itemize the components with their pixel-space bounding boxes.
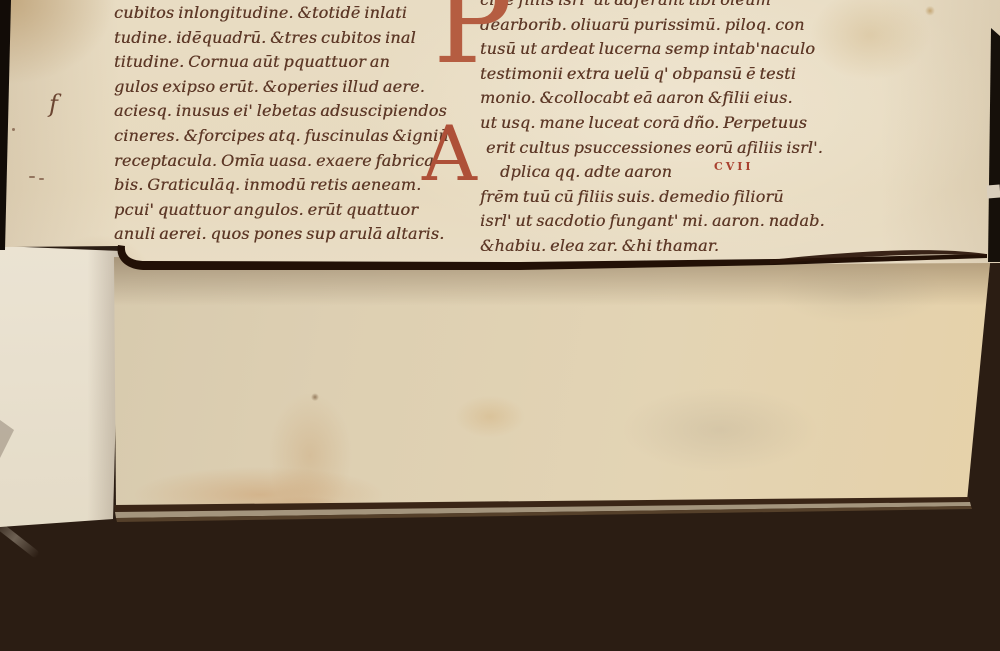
text-line: isrl' ut sacdotio fungant' mi. aaron. na…: [480, 209, 825, 234]
text-column-right: cipe filiis isrl' ut adferant tibi oleum…: [480, 0, 825, 259]
ink-speck: [39, 178, 44, 180]
manuscript-photo: cubitos inlongitudine. &totidē inlati tu…: [0, 0, 1000, 651]
ink-speck: [29, 176, 35, 178]
text-line: ut usq. mane luceat corā dño. Perpetuus: [480, 111, 825, 136]
text-line: erit cultus psuccessiones eorū afiliis i…: [480, 136, 825, 161]
text-line: titudine. Cornua aūt pquattuor an: [114, 50, 449, 75]
text-line: cipe filiis isrl' ut adferant tibi oleum: [480, 0, 825, 13]
chapter-number: cvii: [714, 156, 754, 174]
text-line: pcui' quattuor angulos. erūt quattuor: [114, 198, 449, 223]
text-line: dearborib. oliuarū purissimū. piloq. con: [480, 13, 825, 38]
text-line: receptacula. Omīa uasa. exaere fabrica: [114, 149, 449, 174]
marginal-initial-f: f: [49, 92, 58, 116]
text-line: bis. Graticulāq. inmodū retis aeneam.: [114, 173, 449, 198]
text-line: frēm tuū cū filiis suis. demedio filiorū: [480, 185, 825, 210]
text-line: tusū ut ardeat lucerna semp intab'naculo: [480, 37, 825, 62]
text-line: cubitos inlongitudine. &totidē inlati: [114, 1, 449, 26]
text-line: monio. &collocabt eā aaron &filii eius.: [480, 86, 825, 111]
text-line: anuli aerei. quos pones sup arulā altari…: [114, 222, 449, 247]
text-line: tudine. idēquadrū. &tres cubitos inal: [114, 26, 449, 51]
ink-speck: [12, 128, 15, 131]
text-line: aciesq. inusus ei' lebetas adsuscipiendo…: [114, 99, 449, 124]
rubric-initial-p: P: [433, 0, 512, 80]
text-column-left: cubitos inlongitudine. &totidē inlati tu…: [114, 1, 449, 247]
text-line: cineres. &forcipes atq. fuscinulas &igni…: [114, 124, 449, 149]
text-line: &habiu. elea zar. &hi thamar.: [480, 234, 825, 259]
text-line: dplica qq. adte aaron: [480, 160, 825, 185]
text-line: gulos exipso erūt. &operies illud aere.: [114, 75, 449, 100]
text-line: testimonii extra uelū q' obpansū ē testi: [480, 62, 825, 87]
rubric-initial-a: A: [422, 116, 477, 192]
